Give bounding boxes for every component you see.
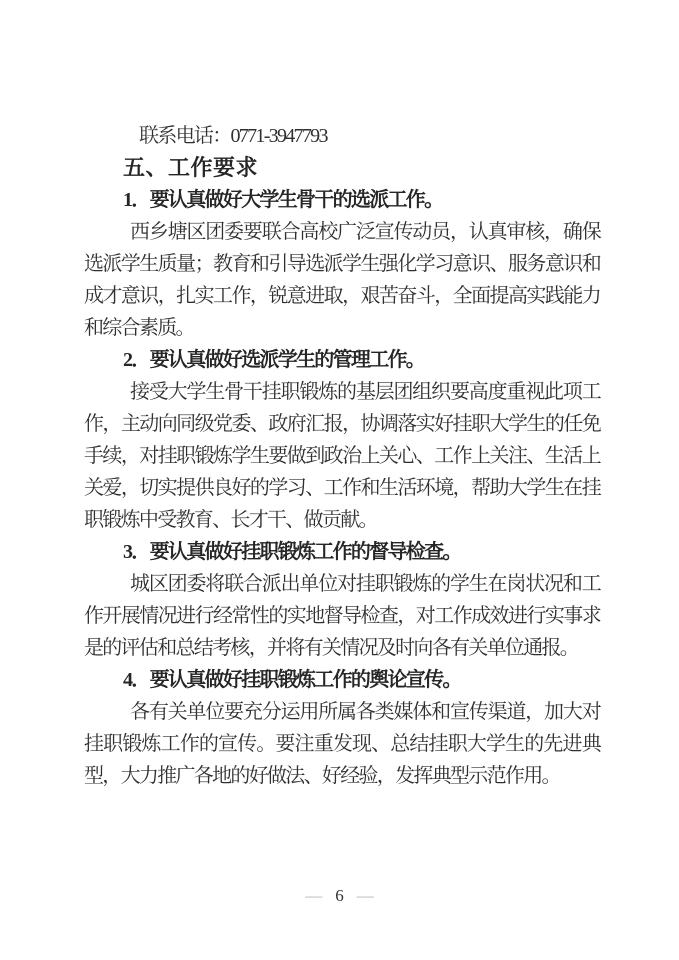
contact-phone-line: 联系电话：0771-3947793 bbox=[84, 120, 600, 152]
section-title: 五、工作要求 bbox=[84, 152, 600, 184]
item-2-body: 接受大学生骨干挂职锻炼的基层团组织要高度重视此项工作，主动向同级党委、政府汇报，… bbox=[84, 376, 600, 536]
document-page: 联系电话：0771-3947793 五、工作要求 1．要认真做好大学生骨干的选派… bbox=[0, 0, 679, 960]
item-3-body: 城区团委将联合派出单位对挂职锻炼的学生在岗状况和工作开展情况进行经常性的实地督导… bbox=[84, 568, 600, 664]
document-body: 联系电话：0771-3947793 五、工作要求 1．要认真做好大学生骨干的选派… bbox=[84, 120, 600, 792]
page-number: 6 bbox=[335, 886, 344, 905]
footer-dash-left: — bbox=[305, 886, 322, 905]
item-4-body: 各有关单位要充分运用所属各类媒体和宣传渠道，加大对挂职锻炼工作的宣传。要注重发现… bbox=[84, 696, 600, 792]
item-2-heading: 2．要认真做好选派学生的管理工作。 bbox=[84, 344, 600, 376]
item-1-heading: 1．要认真做好大学生骨干的选派工作。 bbox=[84, 184, 600, 216]
page-footer: —6— bbox=[0, 884, 679, 908]
item-3-heading: 3．要认真做好挂职锻炼工作的督导检查。 bbox=[84, 536, 600, 568]
item-1-body: 西乡塘区团委要联合高校广泛宣传动员，认真审核，确保选派学生质量；教育和引导选派学… bbox=[84, 216, 600, 344]
footer-dash-right: — bbox=[357, 886, 374, 905]
item-4-heading: 4．要认真做好挂职锻炼工作的舆论宣传。 bbox=[84, 664, 600, 696]
